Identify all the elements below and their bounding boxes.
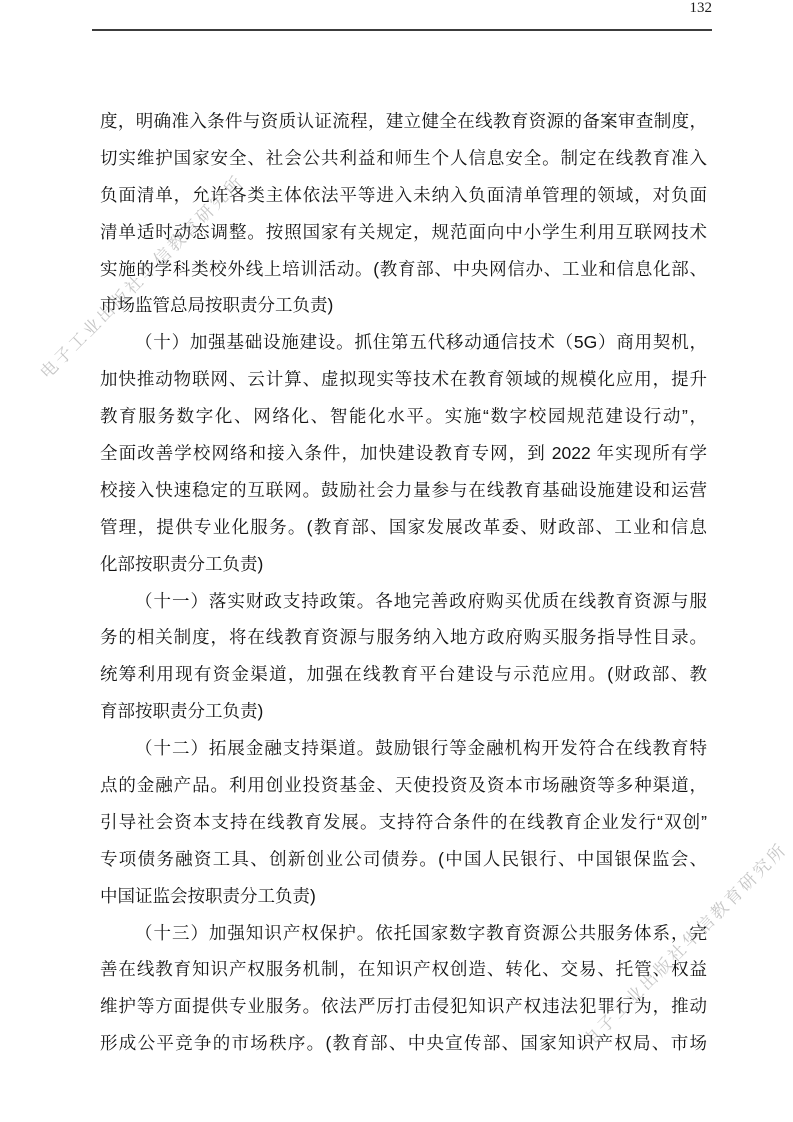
text-line: 管理，提供专业化服务。(教育部、国家发展改革委、财政部、工业和信息 (100, 509, 707, 546)
text-line: 育部按职责分工负责) (100, 693, 707, 730)
text-line: 维护等方面提供专业服务。依法严厉打击侵犯知识产权违法犯罪行为，推动 (100, 988, 707, 1025)
text-line: （十一）落实财政支持政策。各地完善政府购买优质在线教育资源与服 (100, 583, 707, 620)
text-line: 校接入快速稳定的互联网。鼓励社会力量参与在线教育基础设施建设和运营 (100, 472, 707, 509)
text-line: 引导社会资本支持在线教育发展。支持符合条件的在线教育企业发行“双创” (100, 804, 707, 841)
text-line: 化部按职责分工负责) (100, 546, 707, 583)
page-number: 132 (690, 0, 713, 17)
text-line: 市场监管总局按职责分工负责) (100, 287, 707, 324)
text-line: 务的相关制度，将在线教育资源与服务纳入地方政府购买服务指导性目录。 (100, 619, 707, 656)
text-line: 形成公平竞争的市场秩序。(教育部、中央宣传部、国家知识产权局、市场 (100, 1025, 707, 1062)
text-line: 教育服务数字化、网络化、智能化水平。实施“数字校园规范建设行动”， (100, 398, 707, 435)
document-page: 132 电子工业出版社华信教育研究所 电子工业出版社华信教育研究所 度，明确准入… (0, 0, 793, 1122)
text-line: （十二）拓展金融支持渠道。鼓励银行等金融机构开发符合在线教育特 (100, 730, 707, 767)
text-line: 加快推动物联网、云计算、虚拟现实等技术在教育领域的规模化应用，提升 (100, 361, 707, 398)
text-line: 实施的学科类校外线上培训活动。(教育部、中央网信办、工业和信息化部、 (100, 251, 707, 288)
text-line: 善在线教育知识产权服务机制，在知识产权创造、转化、交易、托管、权益 (100, 951, 707, 988)
text-line: 度，明确准入条件与资质认证流程，建立健全在线教育资源的备案审查制度， (100, 103, 707, 140)
text-line: （十）加强基础设施建设。抓住第五代移动通信技术（5G）商用契机， (100, 324, 707, 361)
text-line: （十三）加强知识产权保护。依托国家数字教育资源公共服务体系，完 (100, 915, 707, 952)
text-line: 全面改善学校网络和接入条件，加快建设教育专网，到 2022 年实现所有学 (100, 435, 707, 472)
text-line: 中国证监会按职责分工负责) (100, 878, 707, 915)
text-line: 清单适时动态调整。按照国家有关规定，规范面向中小学生利用互联网技术 (100, 214, 707, 251)
document-body: 度，明确准入条件与资质认证流程，建立健全在线教育资源的备案审查制度，切实维护国家… (100, 103, 707, 1062)
text-line: 负面清单，允许各类主体依法平等进入未纳入负面清单管理的领域，对负面 (100, 177, 707, 214)
text-line: 点的金融产品。利用创业投资基金、天使投资及资本市场融资等多种渠道， (100, 767, 707, 804)
text-line: 专项债务融资工具、创新创业公司债券。(中国人民银行、中国银保监会、 (100, 841, 707, 878)
text-line: 切实维护国家安全、社会公共利益和师生个人信息安全。制定在线教育准入 (100, 140, 707, 177)
text-line: 统筹利用现有资金渠道，加强在线教育平台建设与示范应用。(财政部、教 (100, 656, 707, 693)
header-rule (92, 29, 712, 31)
